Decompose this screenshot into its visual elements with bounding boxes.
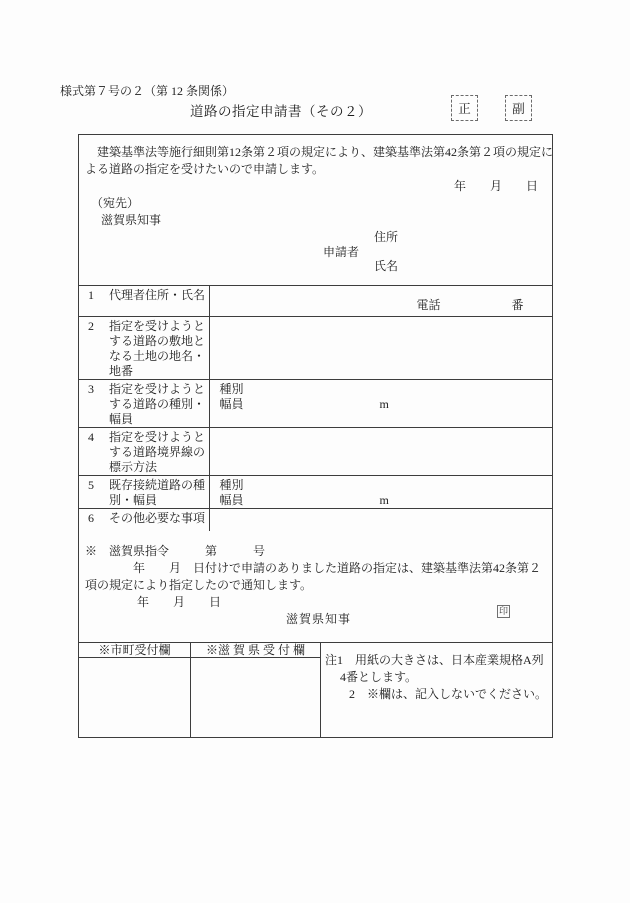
meter-unit-label: m — [380, 397, 389, 412]
table-row-1: 1 代理者住所・氏名 電話 番 — [79, 286, 552, 317]
row-number: 2 — [88, 319, 109, 379]
row3-value-cell: 種別 幅員m — [209, 380, 552, 428]
row-number: 3 — [88, 382, 109, 427]
address-label: 住所 — [374, 230, 398, 245]
row-label: 指定を受けようとする道路境界線の標示方法 — [109, 430, 206, 475]
note-line-3: 2 ※欄は、記入しないでください。 — [325, 686, 550, 703]
stamp-copy-box: 副 — [505, 95, 532, 121]
row3-label-cell: 3 指定を受けようとする道路の種別・幅員 — [79, 380, 209, 428]
addressee-name: 滋賀県知事 — [101, 212, 552, 229]
table-row-4: 4 指定を受けようとする道路境界線の標示方法 — [79, 428, 552, 476]
addressee-label: （宛先） — [91, 195, 552, 212]
row2-value-cell — [209, 317, 552, 380]
designation-directive-line: ※ 滋賀県指令 第 号 — [85, 543, 552, 560]
row-label: 指定を受けようとする道路の敷地となる土地の地名・地番 — [109, 319, 206, 379]
application-section: 建築基準法等施行細則第12条第２項の規定により、建築基準法第42条第２項の規定に… — [79, 135, 552, 285]
table-row-2: 2 指定を受けようとする道路の敷地となる土地の地名・地番 — [79, 317, 552, 380]
city-receipt-cell — [79, 658, 191, 738]
intro-paragraph-line2: よる道路の指定を受けたいので申請します。 — [85, 161, 552, 178]
row-number: 6 — [88, 511, 109, 526]
application-date-line: 年 月 日 — [85, 178, 552, 195]
row2-label-cell: 2 指定を受けようとする道路の敷地となる土地の地名・地番 — [79, 317, 209, 380]
phone-label: 電話 — [417, 296, 441, 313]
table-row-5: 5 既存接続道路の種別・幅員 種別 幅員m — [79, 476, 552, 509]
designation-body-line2: 項の規定により指定したので通知します。 — [85, 577, 552, 594]
table-row-6: 6 その他必要な事項 — [79, 509, 552, 531]
width-label: 幅員 — [220, 397, 244, 411]
seal-mark: 印 — [497, 605, 510, 618]
note-line-2: 4番とします。 — [325, 669, 550, 686]
row1-value-cell: 電話 番 — [209, 286, 552, 317]
city-receipt-header: ※市町受付欄 — [79, 643, 191, 658]
row-number: 4 — [88, 430, 109, 475]
phone-suffix-label: 番 — [512, 296, 524, 313]
table-row-3: 3 指定を受けようとする道路の種別・幅員 種別 幅員m — [79, 380, 552, 428]
row-label: 代理者住所・氏名 — [109, 288, 206, 303]
stamp-original-box: 正 — [451, 95, 478, 121]
row6-label-cell: 6 その他必要な事項 — [79, 509, 209, 531]
row1-label-cell: 1 代理者住所・氏名 — [79, 286, 209, 317]
note-line-1: 注1 用紙の大きさは、日本産業規格A列 — [325, 652, 550, 669]
notes-block: 注1 用紙の大きさは、日本産業規格A列 4番とします。 2 ※欄は、記入しないで… — [321, 643, 552, 738]
page-title: 道路の指定申請書（その２） — [190, 100, 372, 120]
designation-body-line1: 年 月 日付けで申請のありました道路の指定は、建築基準法第42条第２ — [85, 560, 552, 577]
kind-label: 種別 — [220, 382, 553, 397]
row-label: 既存接続道路の種別・幅員 — [109, 478, 206, 508]
row-number: 1 — [88, 288, 109, 303]
form-border-box: 建築基準法等施行細則第12条第２項の規定により、建築基準法第42条第２項の規定に… — [78, 134, 553, 738]
row-number: 5 — [88, 478, 109, 508]
name-label: 氏名 — [374, 259, 398, 274]
row4-value-cell — [209, 428, 552, 476]
row4-label-cell: 4 指定を受けようとする道路境界線の標示方法 — [79, 428, 209, 476]
row-label: 指定を受けようとする道路の種別・幅員 — [109, 382, 206, 427]
meter-unit-label: m — [380, 493, 389, 508]
receipt-table: ※市町受付欄 ※滋 賀 県 受 付 欄 注1 用紙の大きさは、日本産業規格A列 … — [79, 642, 552, 738]
applicant-label: 申請者 — [323, 244, 359, 261]
row5-value-cell: 種別 幅員m — [209, 476, 552, 509]
row6-value-cell — [209, 509, 552, 531]
row5-label-cell: 5 既存接続道路の種別・幅員 — [79, 476, 209, 509]
application-table: 1 代理者住所・氏名 電話 番 2 指定を受けようとする道路の敷地となる土地の地… — [79, 285, 552, 531]
applicant-signature-block: 申請者 住所 氏名 — [323, 230, 552, 274]
width-label: 幅員 — [220, 493, 244, 507]
applicant-name-fields: 住所 氏名 — [374, 230, 398, 274]
governor-signature-line: 滋賀県知事 — [85, 611, 552, 628]
application-form-page: 様式第７号の２（第 12 条関係） 道路の指定申請書（その２） 正 副 建築基準… — [0, 0, 630, 903]
kind-label: 種別 — [220, 478, 553, 493]
prefecture-receipt-header: ※滋 賀 県 受 付 欄 — [191, 643, 321, 658]
designation-section: ※ 滋賀県指令 第 号 年 月 日付けで申請のありました道路の指定は、建築基準法… — [79, 531, 552, 642]
intro-paragraph-line1: 建築基準法等施行細則第12条第２項の規定により、建築基準法第42条第２項の規定に — [85, 144, 552, 161]
row-label: その他必要な事項 — [109, 511, 206, 526]
form-number: 様式第７号の２（第 12 条関係） — [60, 82, 234, 99]
designation-date-line: 年 月 日 — [137, 594, 552, 611]
prefecture-receipt-cell — [191, 658, 321, 738]
